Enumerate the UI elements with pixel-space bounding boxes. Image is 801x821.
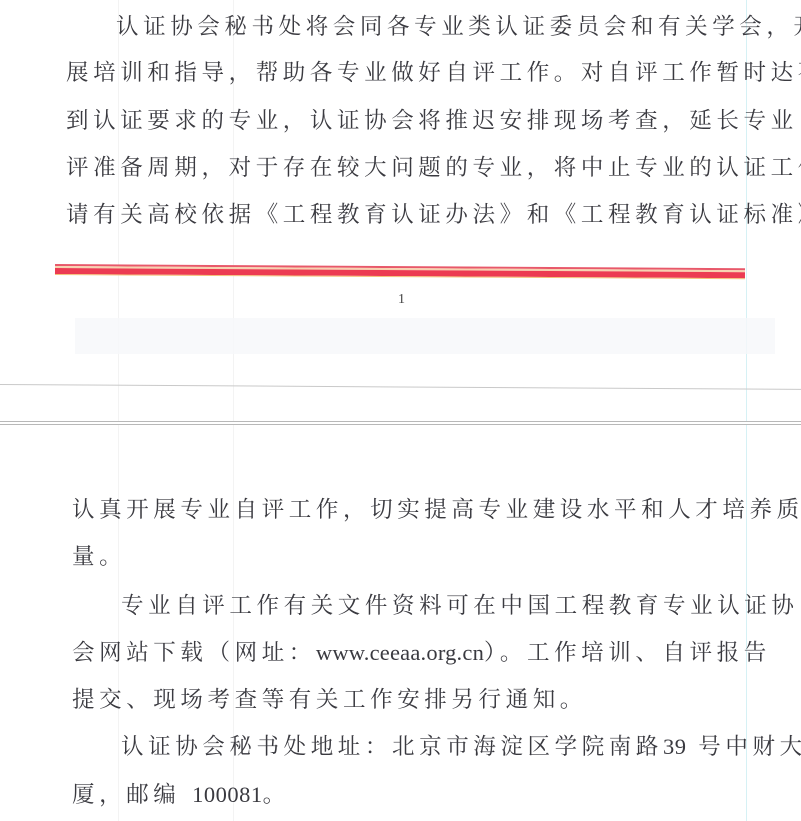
paragraph-line: 评准备周期，对于存在较大问题的专业，将中止专业的认证工作。 (0, 153, 801, 183)
text-segment: 厦，邮编 (72, 782, 180, 808)
paragraph-line: 到认证要求的专业，认证协会将推迟安排现场考查，延长专业自 (0, 106, 801, 136)
paragraph-line: 厦，邮编 100081。 (0, 780, 801, 810)
document-page-1: 认证协会秘书处将会同各专业类认证委员会和有关学会，开 展培训和指导，帮助各专业做… (0, 0, 801, 388)
paragraph-line: 认真开展专业自评工作，切实提高专业建设水平和人才培养质 (0, 495, 801, 525)
paragraph-line: 专业自评工作有关文件资料可在中国工程教育专业认证协 (0, 591, 801, 621)
paragraph-line: 展培训和指导，帮助各专业做好自评工作。对自评工作暂时达不 (0, 58, 801, 88)
building-number: 39 (663, 734, 687, 759)
scan-shadow (75, 318, 775, 354)
red-separator-rule (55, 264, 745, 280)
text-segment: ）。工作培训、自评报告 (484, 640, 771, 666)
paragraph-line: 认证协会秘书处地址：北京市海淀区学院南路39 号中财大 (0, 732, 801, 762)
text-segment: 会网站下载（网址： (72, 640, 316, 666)
paragraph-line: 提交、现场考查等有关工作安排另行通知。 (0, 685, 801, 715)
text-segment: 。 (263, 782, 290, 808)
website-url: www.ceeaa.org.cn (316, 640, 484, 665)
document-page-2: 认真开展专业自评工作，切实提高专业建设水平和人才培养质 量。 专业自评工作有关文… (0, 425, 801, 821)
text-segment: 号中财大 (698, 734, 801, 760)
postcode: 100081 (192, 782, 263, 807)
page-number: 1 (398, 292, 405, 308)
text-segment: 认证协会秘书处地址：北京市海淀区学院南路 (121, 734, 663, 760)
paragraph-line: 会网站下载（网址：www.ceeaa.org.cn）。工作培训、自评报告 (0, 638, 801, 668)
paragraph-line: 认证协会秘书处将会同各专业类认证委员会和有关学会，开 (0, 12, 801, 42)
paragraph-line: 请有关高校依据《工程教育认证办法》和《工程教育认证标准》， (0, 200, 801, 230)
paragraph-line: 量。 (0, 542, 801, 572)
